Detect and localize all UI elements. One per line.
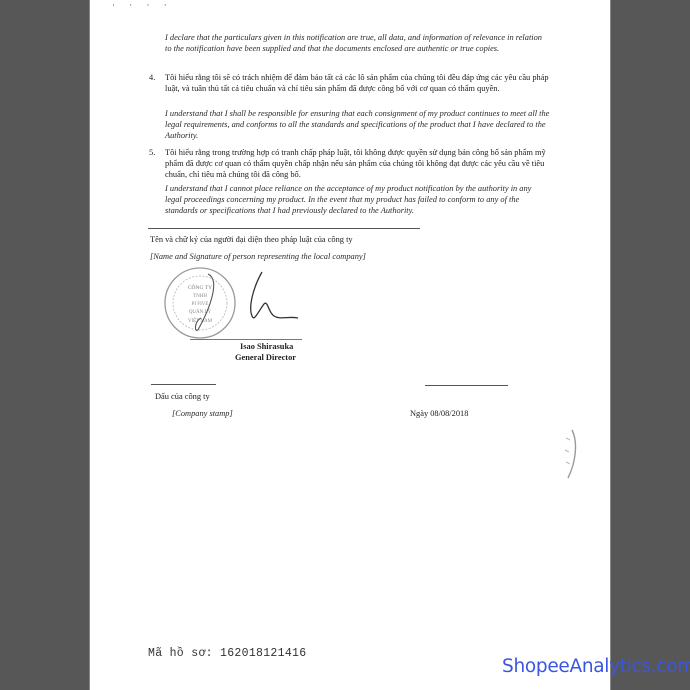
- signature-icon: [240, 268, 310, 328]
- date-line: [425, 385, 508, 386]
- signature-label-en: [Name and Signature of person representi…: [150, 251, 450, 262]
- signer-title: General Director: [235, 353, 296, 362]
- item-5-vietnamese: Tôi hiểu rằng trong trường hợp có tranh …: [165, 147, 550, 180]
- page-edge-right: [610, 0, 611, 690]
- document-page: [90, 0, 610, 690]
- signature-divider: [148, 228, 420, 229]
- svg-text:TNHH: TNHH: [193, 294, 207, 299]
- stamp-label-vi: Dấu của công ty: [155, 391, 210, 402]
- stamp-label-en: [Company stamp]: [172, 408, 233, 419]
- item-4-vietnamese: Tôi hiểu rằng tôi sẽ có trách nhiệm để đ…: [165, 72, 550, 94]
- stamp-line: [151, 384, 216, 385]
- scan-artifact: · · · ·: [112, 0, 173, 10]
- margin-mark-icon: [560, 428, 584, 480]
- date-text: Ngày 08/08/2018: [410, 408, 468, 419]
- item-number: 5.: [149, 148, 155, 157]
- signature-label-vi: Tên và chữ ký của người đại diện theo ph…: [150, 234, 450, 245]
- signer-name: Isao Shirasuka: [240, 342, 293, 351]
- signature-line: [190, 339, 302, 340]
- item-5-english: I understand that I cannot place relianc…: [165, 183, 550, 216]
- svg-text:CÔNG TY: CÔNG TY: [188, 283, 212, 291]
- file-reference: Mã hồ sơ: 162018121416: [148, 647, 306, 660]
- declaration-text: I declare that the particulars given in …: [165, 32, 550, 54]
- company-seal-icon: CÔNG TY TNHH PI FIVE QUẢN LÝ VIỆT NAM: [163, 266, 237, 340]
- svg-text:PI FIVE: PI FIVE: [192, 302, 209, 307]
- watermark: ShopeeAnalytics.com: [502, 656, 690, 677]
- item-number: 4.: [149, 73, 155, 82]
- item-4-english: I understand that I shall be responsible…: [165, 108, 550, 141]
